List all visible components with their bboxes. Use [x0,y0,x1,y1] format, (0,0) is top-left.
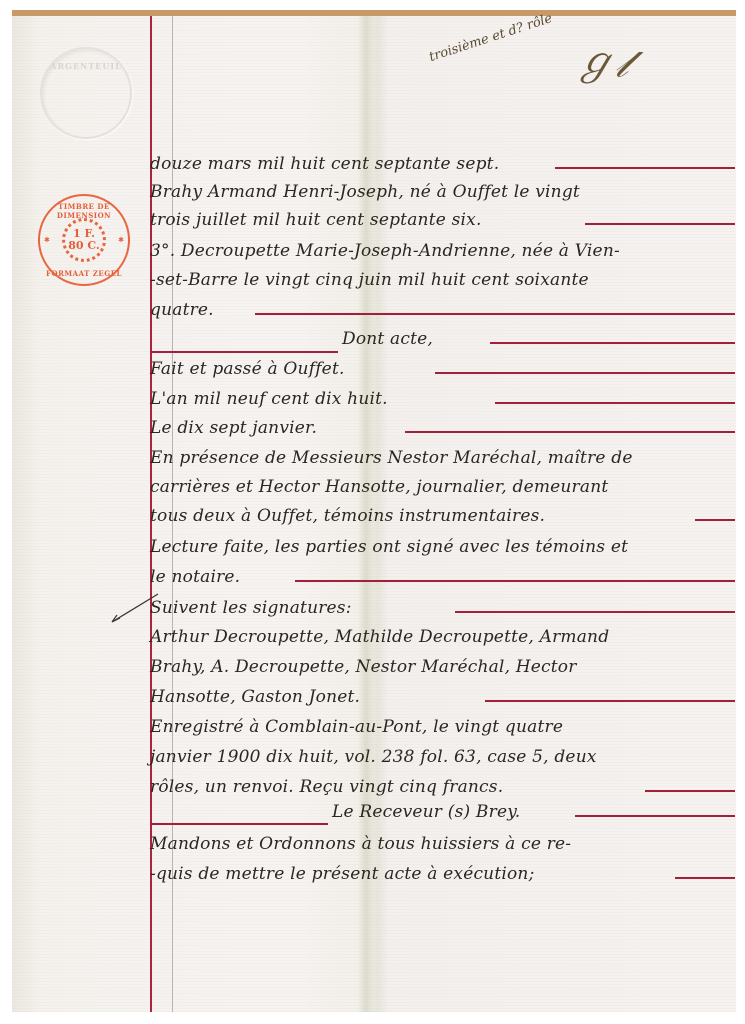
text-line: trois juillet mil huit cent septante six… [150,208,735,234]
stamp-star-icon: ✱ [118,236,124,244]
embossed-seal-icon: ARGENTEUIL [40,47,132,139]
fill-rule [555,167,735,169]
text-line: quatre. [150,298,735,324]
fill-rule [695,519,735,521]
text-line: -set-Barre le vingt cinq juin mil huit c… [150,268,735,294]
text-line: Fait et passé à Ouffet. [150,357,735,383]
fill-rule [295,580,735,582]
fill-rule [585,223,735,225]
fill-rule [675,877,735,879]
fill-rule [490,342,735,344]
text-line: douze mars mil huit cent septante sept. [150,152,735,178]
text-line-centered: Le Receveur (s) Brey. [150,800,735,826]
stamp-value: 1 F. 80 C. [62,218,106,262]
fill-rule [405,431,735,433]
text-line: tous deux à Ouffet, témoins instrumentai… [150,504,735,530]
stamp-star-icon: ✱ [44,236,50,244]
stamp-value-centimes: 80 C. [68,240,100,252]
text-line: Suivent les signatures: [150,596,735,622]
embossed-seal-text: ARGENTEUIL [50,61,122,71]
text-line-centered: Dont acte, [150,327,735,353]
fill-rule [455,611,735,613]
text-line: Hansotte, Gaston Jonet. [150,685,735,711]
text-line: Brahy Armand Henri-Joseph, né à Ouffet l… [150,180,735,206]
fill-rule [485,700,735,702]
text-line: Mandons et Ordonnons à tous huissiers à … [150,832,735,858]
revenue-stamp-icon: TIMBRE DE DIMENSION ✱ ✱ 1 F. 80 C. FORMA… [38,194,130,286]
text-line: rôles, un renvoi. Reçu vingt cinq francs… [150,775,735,801]
text-line: Le dix sept janvier. [150,416,735,442]
text-line: -quis de mettre le présent acte à exécut… [150,862,735,888]
stamp-bottom-text: FORMAAT ZEGEL [40,269,128,278]
text-line: L'an mil neuf cent dix huit. [150,387,735,413]
fill-rule [255,313,735,315]
text-line: Lecture faite, les parties ont signé ave… [150,535,735,561]
text-line: carrières et Hector Hansotte, journalier… [150,475,735,501]
fill-rule [645,790,735,792]
fill-rule [495,402,735,404]
text-line: Arthur Decroupette, Mathilde Decroupette… [150,625,735,651]
text-line: Enregistré à Comblain-au-Pont, le vingt … [150,715,735,741]
text-line: 3°. Decroupette Marie-Joseph-Andrienne, … [150,239,735,265]
fill-rule [435,372,735,374]
paraph-signature: ℊ𝓁 [573,27,632,89]
text-line: Brahy, A. Decroupette, Nestor Maréchal, … [150,655,735,681]
fill-rule [575,815,735,817]
text-line: En présence de Messieurs Nestor Maréchal… [150,446,735,472]
text-line: janvier 1900 dix huit, vol. 238 fol. 63,… [150,745,735,771]
text-line: le notaire. [150,565,735,591]
